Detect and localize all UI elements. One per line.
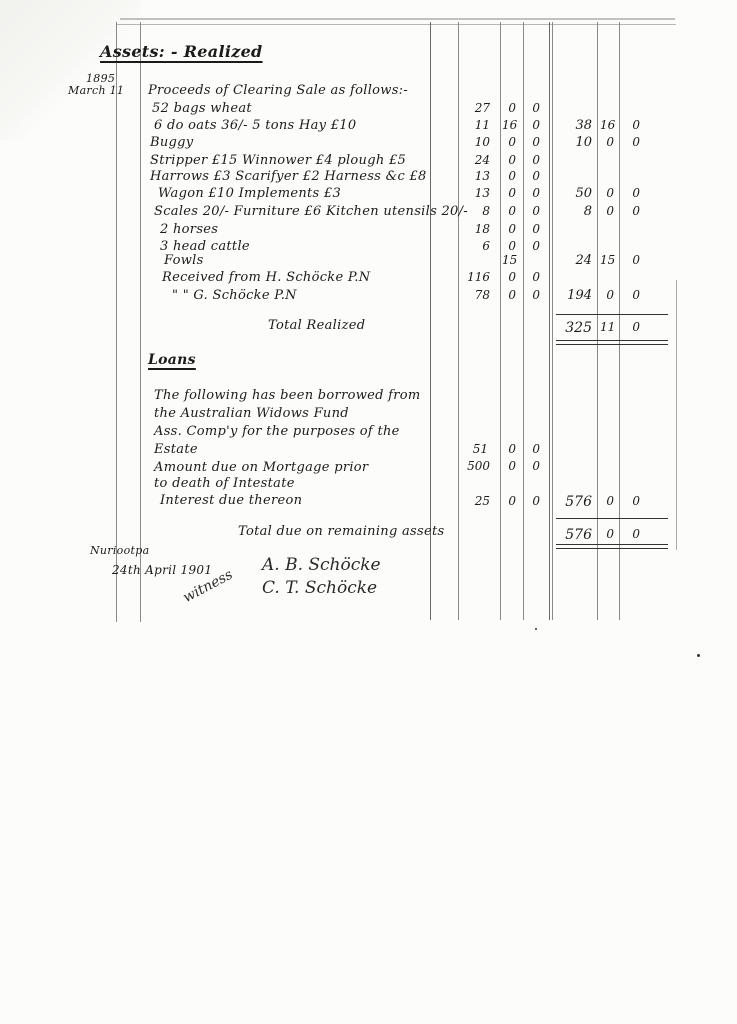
item-total-pounds: 8	[556, 204, 592, 219]
item-pounds: 11	[462, 118, 490, 132]
item-description: Fowls	[164, 253, 204, 268]
loans-total-shillings: 0	[600, 494, 614, 508]
interest-shillings: 0	[504, 494, 516, 508]
signature-1: A. B. Schöcke	[262, 555, 381, 575]
item-total-pounds: 38	[556, 118, 592, 133]
item-total-shillings: 0	[600, 204, 614, 218]
item-total-shillings: 0	[600, 186, 614, 200]
item-shillings: 0	[502, 288, 516, 302]
interest-label: Interest due thereon	[160, 493, 302, 508]
item-pence: 0	[528, 153, 540, 167]
item-description: 2 horses	[160, 222, 218, 237]
item-pence: 0	[528, 169, 540, 183]
item-total-pounds: 194	[556, 288, 592, 303]
item-total-pence: 0	[626, 204, 640, 218]
item-pence: 0	[528, 135, 540, 149]
interest-pounds: 25	[466, 494, 490, 508]
due-rule	[556, 518, 668, 519]
loans-total-pounds: 576	[556, 494, 592, 510]
item-description: Wagon £10 Implements £3	[158, 186, 341, 201]
item-total-shillings: 0	[600, 135, 614, 149]
total-realized-shillings: 11	[600, 320, 614, 334]
item-shillings: 0	[502, 204, 516, 218]
mortgage-pounds: 500	[462, 459, 490, 473]
item-shillings: 15	[502, 253, 516, 267]
item-shillings: 16	[502, 118, 516, 132]
item-shillings: 0	[502, 239, 516, 253]
item-pence: 0	[528, 204, 540, 218]
item-pounds: 24	[462, 153, 490, 167]
item-pounds: 78	[462, 288, 490, 302]
item-total-pence: 0	[626, 288, 640, 302]
item-shillings: 0	[502, 270, 516, 284]
item-pounds: 116	[462, 270, 490, 284]
item-shillings: 0	[502, 186, 516, 200]
loans-line-2: the Australian Widows Fund	[154, 406, 349, 421]
item-pence: 0	[528, 239, 540, 253]
ledger-page: Assets: - Realized 1895 March 11 Proceed…	[0, 0, 737, 1024]
item-description: " " G. Schöcke P.N	[172, 288, 297, 303]
item-total-pounds: 50	[556, 186, 592, 201]
item-pence: 0	[528, 288, 540, 302]
mortgage-pence: 0	[528, 459, 540, 473]
top-rule-inner	[116, 24, 676, 25]
item-description: Stripper £15 Winnower £4 plough £5	[150, 153, 406, 168]
item-shillings: 0	[502, 135, 516, 149]
right-margin-line	[676, 280, 677, 550]
estate-pounds: 51	[466, 442, 488, 456]
item-description: 6 do oats 36/- 5 tons Hay £10	[154, 118, 356, 133]
item-total-shillings: 0	[600, 288, 614, 302]
item-total-shillings: 16	[600, 118, 614, 132]
item-pounds: 13	[462, 169, 490, 183]
sign-date: 24th April 1901	[112, 563, 212, 577]
item-pounds: 8	[462, 204, 490, 218]
shillings-column-line-2	[597, 22, 598, 620]
page-title: Assets: - Realized	[100, 42, 263, 61]
mortgage-shillings: 0	[504, 459, 516, 473]
due-total-shillings: 0	[600, 527, 614, 541]
item-description: 52 bags wheat	[152, 101, 252, 116]
paper-speck	[535, 628, 537, 630]
shillings-column-line-1	[500, 22, 501, 620]
entry-date: March 11	[68, 84, 124, 97]
item-description: 3 head cattle	[160, 239, 250, 254]
place-name: Nuriootpa	[90, 544, 149, 557]
date-column-line	[116, 22, 117, 622]
item-pounds: 6	[462, 239, 490, 253]
totals-column-line	[549, 22, 550, 620]
item-pounds: 27	[462, 101, 490, 115]
item-total-shillings: 15	[600, 253, 614, 267]
totals-column-line-double	[552, 22, 553, 620]
item-shillings: 0	[502, 153, 516, 167]
total-realized-pounds: 325	[556, 320, 592, 336]
item-total-pounds: 24	[556, 253, 592, 268]
item-shillings: 0	[502, 101, 516, 115]
total-rule	[556, 314, 668, 315]
item-pence: 0	[528, 118, 540, 132]
item-pence: 0	[528, 222, 540, 236]
due-double-rule	[556, 544, 668, 549]
item-total-pence: 0	[626, 135, 640, 149]
pounds-column-line-2	[458, 22, 459, 620]
loans-heading: Loans	[148, 352, 196, 368]
mortgage-line-1: Amount due on Mortgage prior	[154, 460, 368, 475]
realized-intro: Proceeds of Clearing Sale as follows:-	[148, 83, 408, 98]
due-total-pounds: 576	[556, 527, 592, 543]
signature-2: C. T. Schöcke	[262, 578, 377, 598]
item-shillings: 0	[502, 222, 516, 236]
item-description: Scales 20/- Furniture £6 Kitchen utensil…	[154, 204, 468, 219]
item-description: Harrows £3 Scarifyer £2 Harness &c £8	[150, 169, 427, 184]
loans-line-1: The following has been borrowed from	[154, 388, 421, 403]
estate-shillings: 0	[504, 442, 516, 456]
item-total-pence: 0	[626, 186, 640, 200]
loans-line-3: Ass. Comp'y for the purposes of the	[154, 424, 400, 439]
item-pence: 0	[528, 270, 540, 284]
item-total-pence: 0	[626, 118, 640, 132]
mortgage-line-2: to death of Intestate	[154, 476, 295, 491]
item-pounds: 13	[462, 186, 490, 200]
description-column-line	[140, 22, 141, 622]
due-total-pence: 0	[626, 527, 640, 541]
due-label: Total due on remaining assets	[238, 524, 445, 539]
paper-speck	[697, 654, 700, 657]
item-pounds: 18	[462, 222, 490, 236]
total-realized-pence: 0	[626, 320, 640, 334]
item-pounds: 10	[462, 135, 490, 149]
loans-line-4: Estate	[154, 442, 198, 457]
total-realized-label: Total Realized	[268, 318, 365, 333]
item-total-pounds: 10	[556, 135, 592, 150]
item-description: Received from H. Schöcke P.N	[162, 270, 370, 285]
pence-column-line-2	[619, 22, 620, 620]
item-pence: 0	[528, 101, 540, 115]
item-shillings: 0	[502, 169, 516, 183]
folded-corner	[0, 0, 140, 140]
item-description: Buggy	[150, 135, 193, 150]
item-total-pence: 0	[626, 253, 640, 267]
estate-pence: 0	[528, 442, 540, 456]
item-pence: 0	[528, 186, 540, 200]
total-double-rule	[556, 340, 668, 345]
top-rule	[120, 18, 675, 20]
interest-pence: 0	[528, 494, 540, 508]
pence-column-line-1	[523, 22, 524, 620]
loans-total-pence: 0	[626, 494, 640, 508]
